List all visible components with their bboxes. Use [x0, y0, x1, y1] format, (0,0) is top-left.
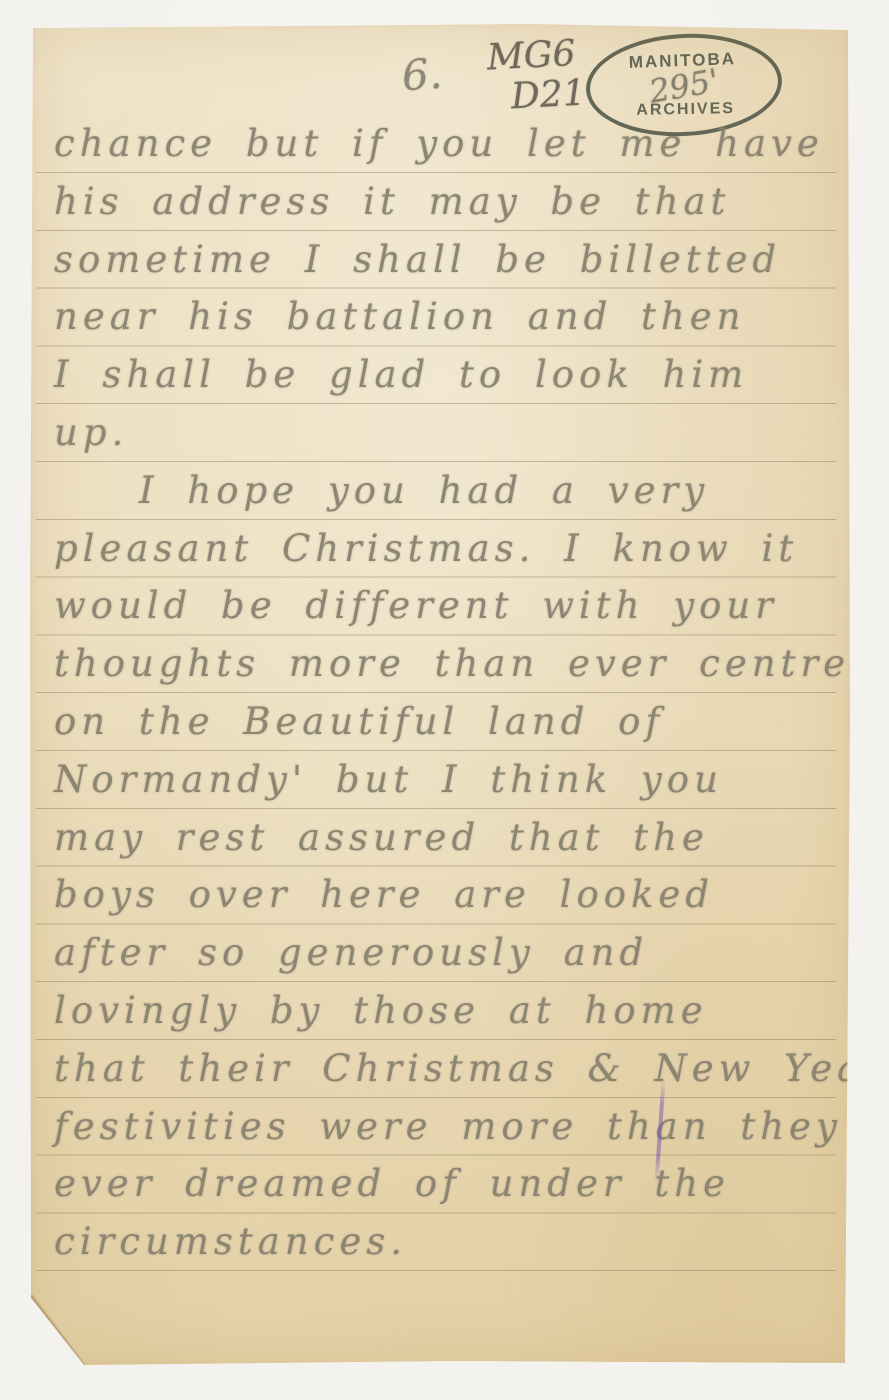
- letter-line: chance but if you let me have: [54, 115, 846, 173]
- letter-line: festivities were more than they: [54, 1098, 846, 1156]
- letter-line: up.: [54, 404, 846, 462]
- letter-body: chance but if you let me havehis address…: [54, 115, 846, 1271]
- letter-line: I hope you had a very: [54, 462, 846, 520]
- letter-line: circumstances.: [54, 1213, 846, 1271]
- letter-page: 6. MG6 D21 MANITOBA 295' ARCHIVES chance…: [30, 22, 852, 1367]
- letter-line: that their Christmas & New Year: [54, 1040, 846, 1098]
- letter-line: after so generously and: [54, 924, 846, 982]
- letter-line: boys over here are looked: [54, 866, 846, 924]
- letter-line: his address it may be that: [54, 173, 846, 231]
- folded-corner: [30, 1295, 88, 1367]
- scan-background: 6. MG6 D21 MANITOBA 295' ARCHIVES chance…: [0, 0, 889, 1400]
- letter-line: pleasant Christmas. I know it: [54, 520, 846, 578]
- letter-line: lovingly by those at home: [54, 982, 846, 1040]
- archival-reference: MG6 D21: [486, 34, 587, 119]
- letter-line: may rest assured that the: [54, 809, 846, 867]
- letter-line: near his battalion and then: [54, 288, 846, 346]
- letter-line: ever dreamed of under the: [54, 1155, 846, 1213]
- page-number: 6.: [400, 49, 443, 101]
- letter-line: thoughts more than ever centred: [54, 635, 846, 693]
- letter-line: Normandy' but I think you: [54, 751, 846, 809]
- letter-line: would be different with your: [54, 577, 846, 635]
- letter-line: sometime I shall be billetted: [54, 231, 846, 289]
- letter-line: on the Beautiful land of: [54, 693, 846, 751]
- letter-line: I shall be glad to look him: [54, 346, 846, 404]
- archival-reference-bottom: D21: [488, 73, 587, 118]
- archival-reference-top: MG6: [486, 33, 577, 79]
